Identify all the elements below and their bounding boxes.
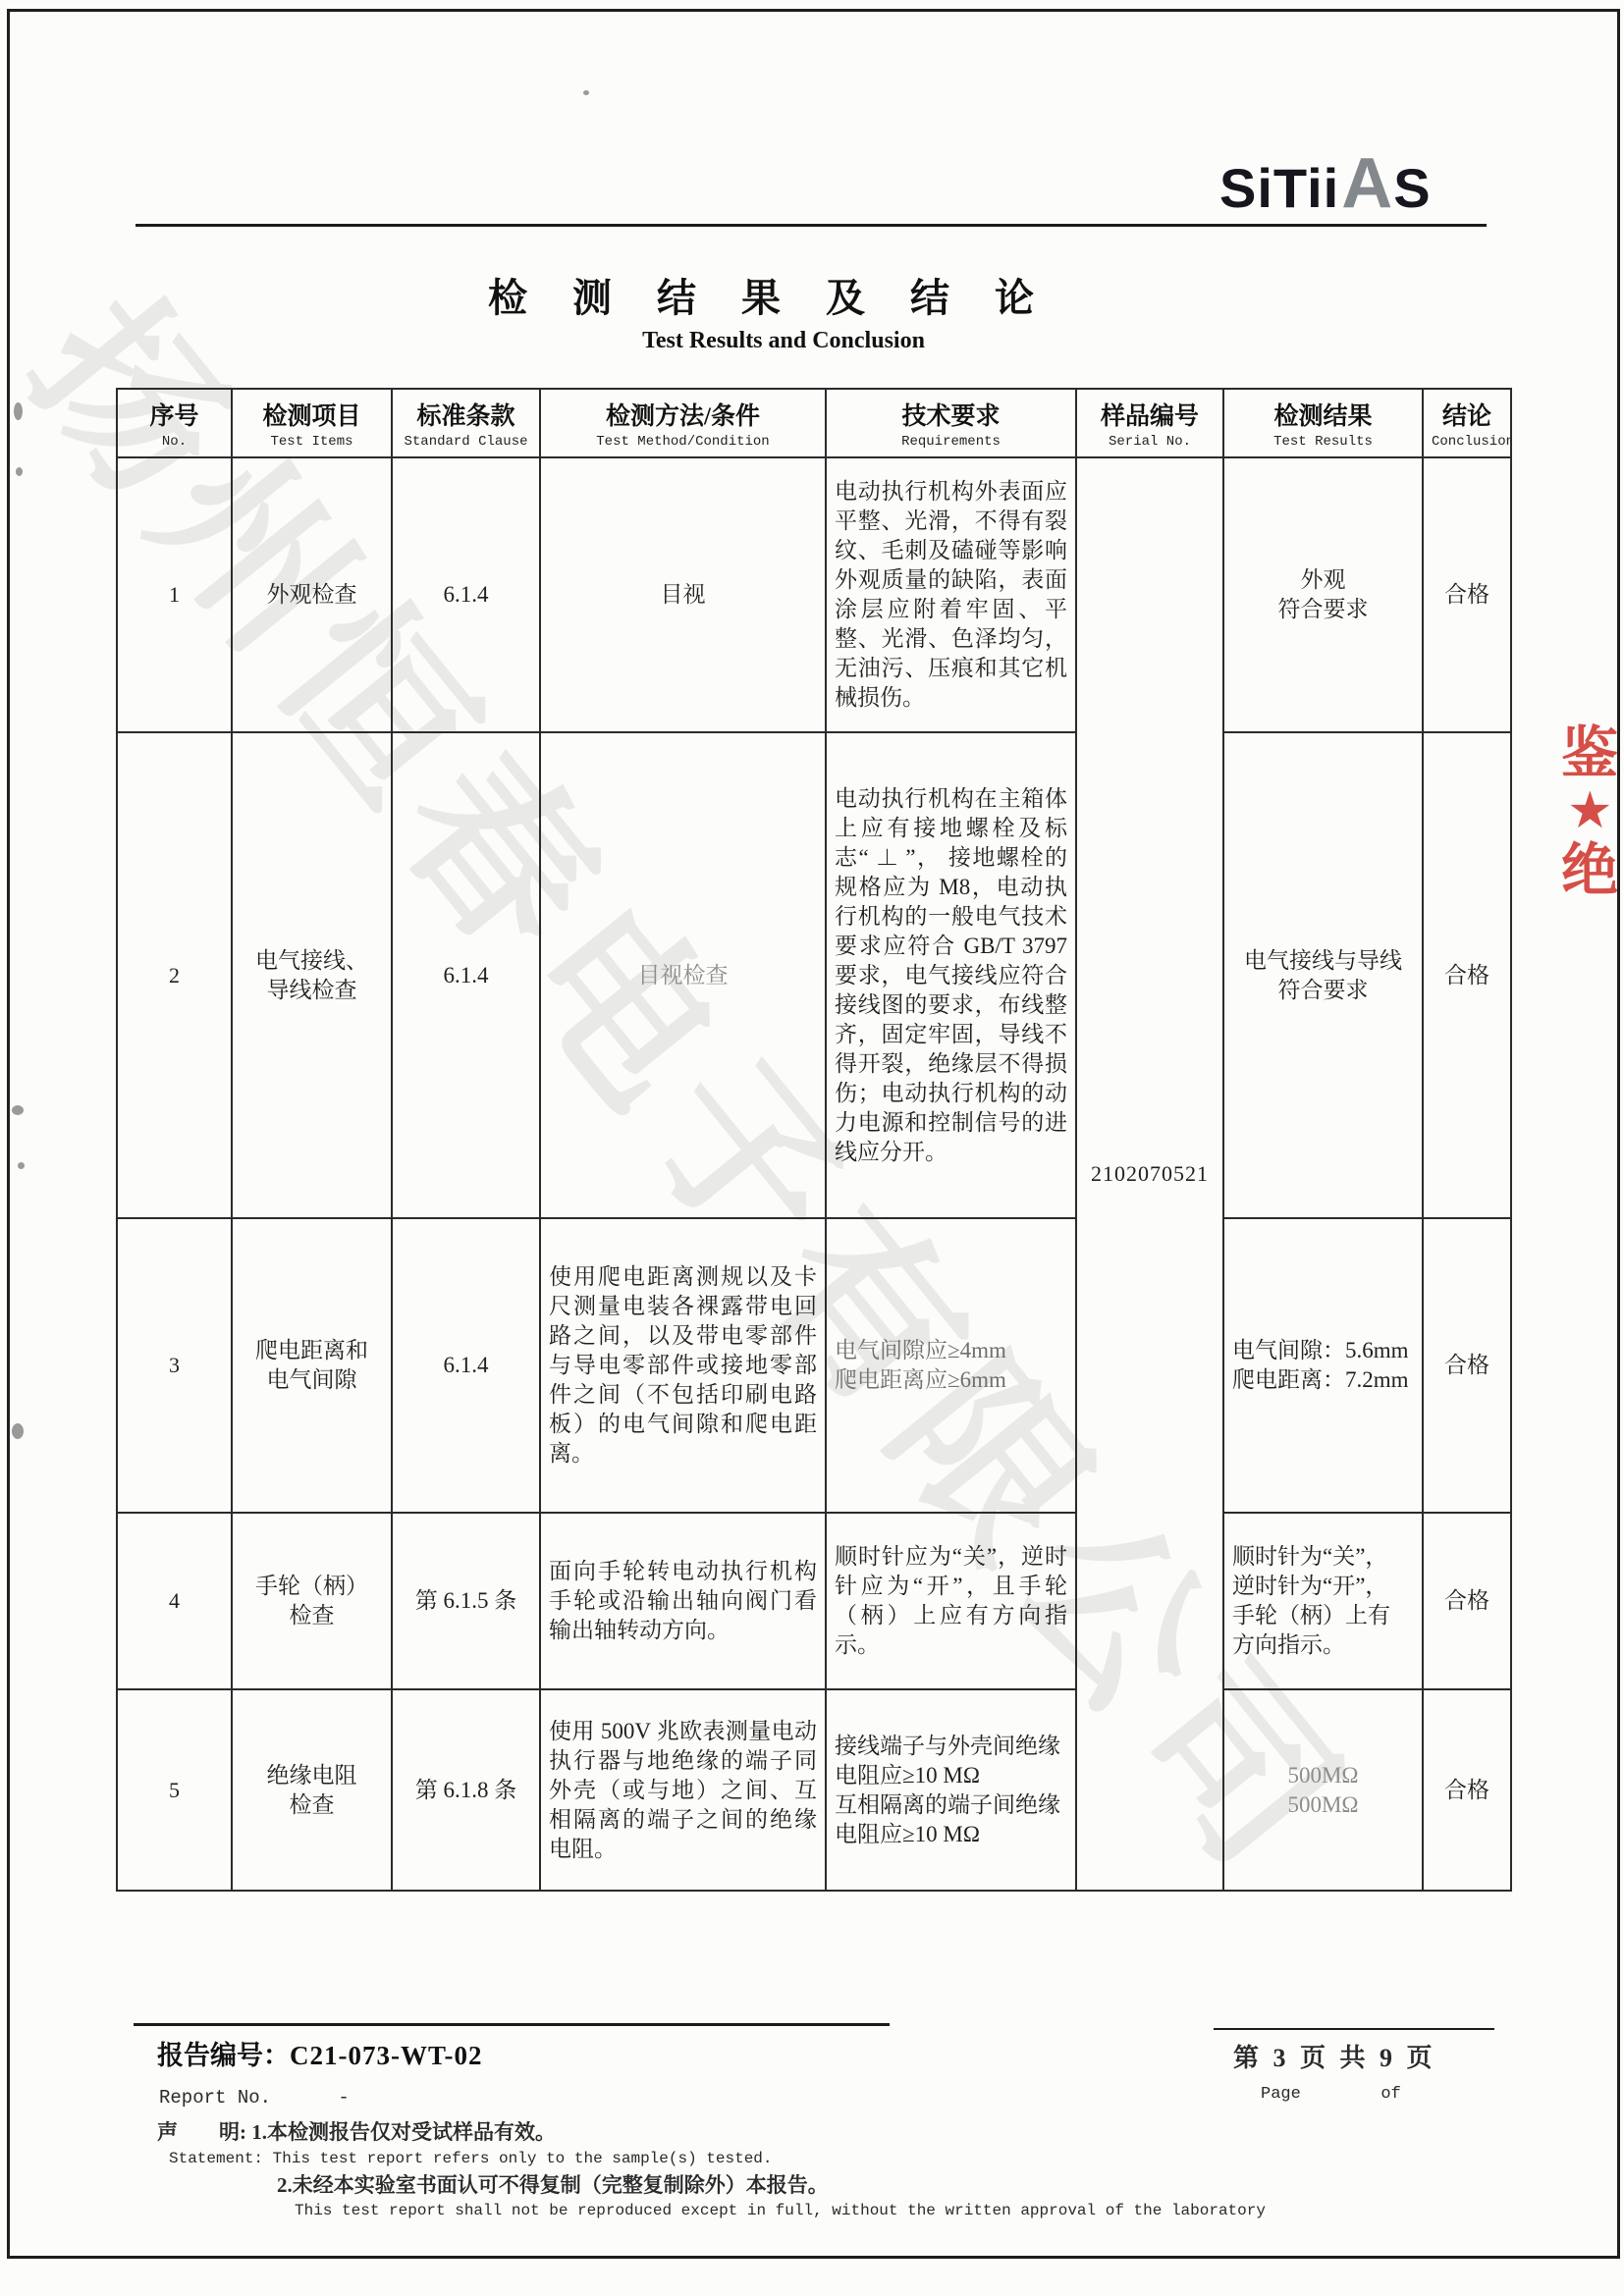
row4-method: 面向手轮转电动执行机构手轮或沿输出轴向阀门看输出轴转动方向。 [540,1513,826,1689]
table-header-row: 序号No. 检测项目Test Items 标准条款Standard Clause… [117,389,1511,457]
row2-conclusion: 合格 [1423,732,1511,1218]
row3-clause: 6.1.4 [392,1218,540,1513]
header-rule [135,224,1487,227]
row5-no: 5 [117,1689,232,1891]
red-seal-fragment: 鉴 ★ 绝 [1561,724,1624,901]
page-number-zh: 第 3 页 共 9 页 [1233,2038,1436,2074]
page-subtitle: Test Results and Conclusion [116,328,1451,354]
col-header-no: 序号No. [117,389,232,457]
report-number-label: 报告编号： [157,2041,290,2070]
logo-letter-a: A [1341,144,1393,223]
row1-method: 目视 [540,457,826,732]
row1-no: 1 [117,457,232,732]
row2-method: 目视检查 [540,732,826,1218]
table-row: 5 绝缘电阻 检查 第 6.1.8 条 使用 500V 兆欧表测量电动执行器与地… [117,1689,1511,1891]
report-number-line: 报告编号：C21-073-WT-02 [157,2034,483,2072]
scan-artifact [12,1423,24,1439]
logo-text-right: S [1393,157,1431,219]
report-page: 扬州恒春电子有限公司 SiTiiAS 检测结果及结论 Test Results … [0,0,1624,2296]
test-results-table: 序号No. 检测项目Test Items 标准条款Standard Clause… [116,388,1512,1892]
scan-artifact [18,1162,25,1169]
report-number-en: Report No. - [159,2087,350,2109]
page-number-en: Page of [1261,2085,1401,2104]
scan-artifact [12,1105,24,1115]
row3-method: 使用爬电距离测规以及卡尺测量电装各裸露带电回路之间，以及带电零部件与导电零部件或… [540,1218,826,1513]
statement-line1-zh: 声 明: 1.本检测报告仅对受试样品有效。 [157,2116,556,2146]
row5-conclusion: 合格 [1423,1689,1511,1891]
row5-result: 500MΩ 500MΩ [1223,1689,1423,1891]
footer-rule-right [1214,2028,1494,2030]
row4-no: 4 [117,1513,232,1689]
row1-result: 外观 符合要求 [1223,457,1423,732]
col-header-method: 检测方法/条件Test Method/Condition [540,389,826,457]
row4-result: 顺时针为“关”， 逆时针为“开”， 手轮（柄）上有 方向指示。 [1223,1513,1423,1689]
seal-glyph-top: 鉴 [1561,724,1624,783]
table-row: 3 爬电距离和 电气间隙 6.1.4 使用爬电距离测规以及卡尺测量电装各裸露带电… [117,1218,1511,1513]
report-number-value: C21-073-WT-02 [290,2041,483,2070]
row2-item: 电气接线、 导线检查 [232,732,392,1218]
statement-line1-en: Statement: This test report refers only … [169,2150,773,2167]
col-header-items: 检测项目Test Items [232,389,392,457]
serial-number-cell: 2102070521 [1076,457,1223,1891]
row4-clause: 第 6.1.5 条 [392,1513,540,1689]
table-row: 1 外观检查 6.1.4 目视 电动执行机构外表面应平整、光滑，不得有裂纹、毛刺… [117,457,1511,732]
row2-no: 2 [117,732,232,1218]
row2-result: 电气接线与导线 符合要求 [1223,732,1423,1218]
statement-line2-zh: 2.未经本实验室书面认可不得复制（完整复制除外）本报告。 [277,2169,829,2199]
col-header-clause: 标准条款Standard Clause [392,389,540,457]
page-title: 检测结果及结论 [116,267,1451,323]
seal-star-icon: ★ [1567,783,1624,840]
col-header-results: 检测结果Test Results [1223,389,1423,457]
footer-rule-left [134,2023,890,2026]
statement-line2-en: This test report shall not be reproduced… [295,2202,1266,2219]
row5-clause: 第 6.1.8 条 [392,1689,540,1891]
row3-requirements: 电气间隙应≥4mm 爬电距离应≥6mm [826,1218,1076,1513]
seal-glyph-bottom: 绝 [1561,840,1624,901]
row1-conclusion: 合格 [1423,457,1511,732]
table-row: 2 电气接线、 导线检查 6.1.4 目视检查 电动执行机构在主箱体上应有接地螺… [117,732,1511,1218]
table-row: 4 手轮（柄） 检查 第 6.1.5 条 面向手轮转电动执行机构手轮或沿输出轴向… [117,1513,1511,1689]
logo-text-left: SiTii [1219,157,1339,219]
row5-method: 使用 500V 兆欧表测量电动执行器与地绝缘的端子同外壳（或与地）之间、互相隔离… [540,1689,826,1891]
col-header-requirements: 技术要求Requirements [826,389,1076,457]
row1-item: 外观检查 [232,457,392,732]
row3-conclusion: 合格 [1423,1218,1511,1513]
row5-requirements: 接线端子与外壳间绝缘电阻应≥10 MΩ 互相隔离的端子间绝缘电阻应≥10 MΩ [826,1689,1076,1891]
col-header-serial: 样品编号Serial No. [1076,389,1223,457]
row4-item: 手轮（柄） 检查 [232,1513,392,1689]
row1-requirements: 电动执行机构外表面应平整、光滑，不得有裂纹、毛刺及磕碰等影响外观质量的缺陷，表面… [826,457,1076,732]
col-header-conclusion: 结论Conclusion [1423,389,1511,457]
row3-result: 电气间隙：5.6mm 爬电距离：7.2mm [1223,1218,1423,1513]
row4-requirements: 顺时针应为“关”，逆时针应为“开”，且手轮（柄）上应有方向指示。 [826,1513,1076,1689]
row3-item: 爬电距离和 电气间隙 [232,1218,392,1513]
row2-clause: 6.1.4 [392,732,540,1218]
row1-clause: 6.1.4 [392,457,540,732]
sitiias-logo: SiTiiAS [1219,143,1432,224]
scan-artifact [14,402,23,420]
row3-no: 3 [117,1218,232,1513]
row2-requirements: 电动执行机构在主箱体上应有接地螺栓及标志“ ⊥ ”， 接地螺栓的规格应为 M8，… [826,732,1076,1218]
scan-artifact [583,90,589,95]
row5-item: 绝缘电阻 检查 [232,1689,392,1891]
scan-artifact [16,467,23,476]
row4-conclusion: 合格 [1423,1513,1511,1689]
